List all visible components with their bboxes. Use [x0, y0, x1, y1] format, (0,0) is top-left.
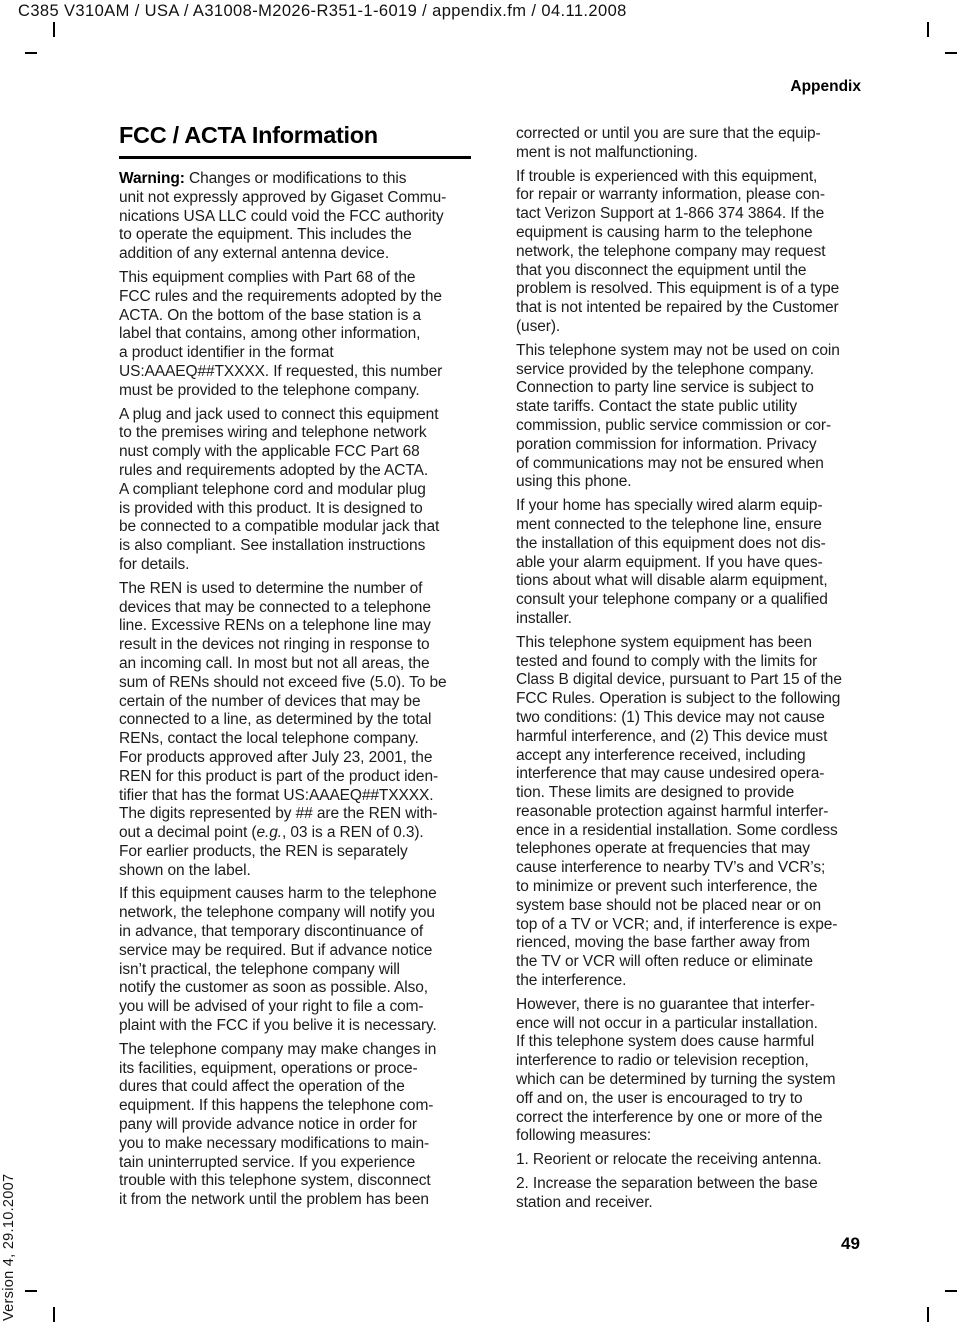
text-line: the installation of this equipment does …: [516, 535, 864, 554]
text-line: The telephone company may make changes i…: [119, 1041, 471, 1060]
paragraph: A plug and jack used to connect this equ…: [119, 406, 471, 575]
text-line: tested and found to comply with the limi…: [516, 653, 864, 672]
text-line: If trouble is experienced with this equi…: [516, 168, 864, 187]
text-line: This telephone system equipment has been: [516, 634, 864, 653]
text-line: for details.: [119, 556, 471, 575]
text-line: Class B digital device, pursuant to Part…: [516, 671, 864, 690]
version-note: Version 4, 29.10.2007: [1, 1174, 17, 1321]
text-line: tact Verizon Support at 1-866 374 3864. …: [516, 205, 864, 224]
text-line: nications USA LLC could void the FCC aut…: [119, 208, 471, 227]
text-line: (user).: [516, 318, 864, 337]
text-line: telephones operate at frequencies that m…: [516, 840, 864, 859]
text-line: shown on the label.: [119, 862, 471, 881]
crop-mark-top-left-vertical: [53, 22, 55, 37]
crop-mark-bottom-left-horizontal: [25, 1290, 37, 1292]
text-line: system base should not be placed near or…: [516, 897, 864, 916]
running-header-appendix: Appendix: [516, 78, 861, 96]
text-line: be connected to a compatible modular jac…: [119, 518, 471, 537]
paragraph: 1. Reorient or relocate the receiving an…: [516, 1151, 864, 1170]
text-line: connected to a line, as determined by th…: [119, 711, 471, 730]
text-line: following measures:: [516, 1127, 864, 1146]
page-title: FCC / ACTA Information: [119, 122, 471, 149]
crop-mark-top-right-vertical: [927, 22, 929, 37]
text-line: reasonable protection against harmful in…: [516, 803, 864, 822]
text-line: able your alarm equipment. If you have q…: [516, 554, 864, 573]
text-line: FCC rules and the requirements adopted b…: [119, 288, 471, 307]
left-column-text: Warning: Changes or modifications to thi…: [119, 170, 471, 1210]
text-line: For earlier products, the REN is separat…: [119, 843, 471, 862]
text-line: in advance, that temporary discontinuanc…: [119, 923, 471, 942]
paragraph: If this equipment causes harm to the tel…: [119, 885, 471, 1035]
text-line: equipment. If this happens the telephone…: [119, 1097, 471, 1116]
text-line: rienced, moving the base farther away fr…: [516, 934, 864, 953]
text-line: Warning: Changes or modifications to thi…: [119, 170, 471, 189]
text-line: tions about what will disable alarm equi…: [516, 572, 864, 591]
text-line: This equipment complies with Part 68 of …: [119, 269, 471, 288]
text-line: state tariffs. Contact the state public …: [516, 398, 864, 417]
text-line: RENs, contact the local telephone compan…: [119, 730, 471, 749]
text-line: sum of RENs should not exceed five (5.0)…: [119, 674, 471, 693]
text-line: rules and requirements adopted by the AC…: [119, 462, 471, 481]
text-line: ence in a residential installation. Some…: [516, 822, 864, 841]
text-line: tain uninterrupted service. If you exper…: [119, 1154, 471, 1173]
text-line: ment connected to the telephone line, en…: [516, 516, 864, 535]
text-line: This telephone system may not be used on…: [516, 342, 864, 361]
text-line: you to make necessary modifications to m…: [119, 1135, 471, 1154]
text-line: notify the customer as soon as possible.…: [119, 979, 471, 998]
paragraph: This telephone system may not be used on…: [516, 342, 864, 492]
right-column-text: corrected or until you are sure that the…: [516, 125, 864, 1213]
left-column: FCC / ACTA Information Warning: Changes …: [119, 122, 471, 1210]
text-line: pany will provide advance notice in orde…: [119, 1116, 471, 1135]
text-line: FCC Rules. Operation is subject to the f…: [516, 690, 864, 709]
text-line: The REN is used to determine the number …: [119, 580, 471, 599]
text-line: result in the devices not ringing in res…: [119, 636, 471, 655]
text-line: interference that may cause undesired op…: [516, 765, 864, 784]
text-line: A compliant telephone cord and modular p…: [119, 481, 471, 500]
paragraph: This telephone system equipment has been…: [516, 634, 864, 991]
paragraph: If trouble is experienced with this equi…: [516, 168, 864, 337]
text-line: addition of any external antenna device.: [119, 245, 471, 264]
text-line: two conditions: (1) This device may not …: [516, 709, 864, 728]
text-line: If this equipment causes harm to the tel…: [119, 885, 471, 904]
text-line: plaint with the FCC if you belive it is …: [119, 1017, 471, 1036]
text-line: is provided with this product. It is des…: [119, 500, 471, 519]
text-line: commission, public service commission or…: [516, 417, 864, 436]
text-line: must be provided to the telephone compan…: [119, 382, 471, 401]
text-line: off and on, the user is encouraged to tr…: [516, 1090, 864, 1109]
text-line: to operate the equipment. This includes …: [119, 226, 471, 245]
paragraph: Warning: Changes or modifications to thi…: [119, 170, 471, 264]
text-line: tion. These limits are designed to provi…: [516, 784, 864, 803]
text-line: tifier that has the format US:AAAEQ##TXX…: [119, 787, 471, 806]
text-line: poration commission for information. Pri…: [516, 436, 864, 455]
text-line: For products approved after July 23, 200…: [119, 749, 471, 768]
text-line: that is not intented be repaired by the …: [516, 299, 864, 318]
text-line: which can be determined by turning the s…: [516, 1071, 864, 1090]
crop-mark-top-left-horizontal: [25, 52, 37, 54]
text-line: dures that could affect the operation of…: [119, 1078, 471, 1097]
text-line: certain of the number of devices that ma…: [119, 693, 471, 712]
text-line: ACTA. On the bottom of the base station …: [119, 307, 471, 326]
paragraph: corrected or until you are sure that the…: [516, 125, 864, 163]
text-line: Connection to party line service is subj…: [516, 379, 864, 398]
text-line: harmful interference, and (2) This devic…: [516, 728, 864, 747]
text-line: unit not expressly approved by Gigaset C…: [119, 189, 471, 208]
text-line: for repair or warranty information, plea…: [516, 186, 864, 205]
text-line: a product identifier in the format: [119, 344, 471, 363]
text-line: cause interference to nearby TV’s and VC…: [516, 859, 864, 878]
text-line: trouble with this telephone system, disc…: [119, 1172, 471, 1191]
text-line: accept any interference received, includ…: [516, 747, 864, 766]
text-line: you will be advised of your right to fil…: [119, 998, 471, 1017]
crop-mark-bottom-right-vertical: [927, 1307, 929, 1322]
paragraph: If your home has specially wired alarm e…: [516, 497, 864, 629]
crop-mark-bottom-right-horizontal: [945, 1290, 957, 1292]
text-line: consult your telephone company or a qual…: [516, 591, 864, 610]
text-line: it from the network until the problem ha…: [119, 1191, 471, 1210]
text-line: isn’t practical, the telephone company w…: [119, 961, 471, 980]
text-line: top of a TV or VCR; and, if interference…: [516, 916, 864, 935]
text-line: to minimize or prevent such interference…: [516, 878, 864, 897]
text-line: If this telephone system does cause harm…: [516, 1033, 864, 1052]
title-rule: [119, 156, 471, 159]
text-line: installer.: [516, 610, 864, 629]
text-line: is also compliant. See installation inst…: [119, 537, 471, 556]
text-line: A plug and jack used to connect this equ…: [119, 406, 471, 425]
text-line: line. Excessive RENs on a telephone line…: [119, 617, 471, 636]
paragraph: This equipment complies with Part 68 of …: [119, 269, 471, 401]
paragraph: The REN is used to determine the number …: [119, 580, 471, 881]
text-line: ence will not occur in a particular inst…: [516, 1015, 864, 1034]
text-line: to the premises wiring and telephone net…: [119, 424, 471, 443]
text-line: service may be required. But if advance …: [119, 942, 471, 961]
paragraph: 2. Increase the separation between the b…: [516, 1175, 864, 1213]
text-line: correct the interference by one or more …: [516, 1109, 864, 1128]
text-line: network, the telephone company will noti…: [119, 904, 471, 923]
file-info-header: C385 V310AM / USA / A31008-M2026-R351-1-…: [18, 2, 627, 21]
text-line: using this phone.: [516, 473, 864, 492]
text-line: US:AAAEQ##TXXXX. If requested, this numb…: [119, 363, 471, 382]
text-line: label that contains, among other informa…: [119, 325, 471, 344]
text-line: The digits represented by ## are the REN…: [119, 805, 471, 824]
text-line: If your home has specially wired alarm e…: [516, 497, 864, 516]
paragraph: However, there is no guarantee that inte…: [516, 996, 864, 1146]
text-line: out a decimal point (e.g., 03 is a REN o…: [119, 824, 471, 843]
text-line: However, there is no guarantee that inte…: [516, 996, 864, 1015]
text-line: ment is not malfunctioning.: [516, 144, 864, 163]
text-line: equipment is causing harm to the telepho…: [516, 224, 864, 243]
text-line: that you disconnect the equipment until …: [516, 262, 864, 281]
text-line: interference to radio or television rece…: [516, 1052, 864, 1071]
text-line: REN for this product is part of the prod…: [119, 768, 471, 787]
text-line: the interference.: [516, 972, 864, 991]
text-line: 1. Reorient or relocate the receiving an…: [516, 1151, 864, 1170]
crop-mark-bottom-left-vertical: [53, 1307, 55, 1322]
text-line: devices that may be connected to a telep…: [119, 599, 471, 618]
crop-mark-top-right-horizontal: [945, 52, 957, 54]
text-line: problem is resolved. This equipment is o…: [516, 280, 864, 299]
text-line: nust comply with the applicable FCC Part…: [119, 443, 471, 462]
text-line: 2. Increase the separation between the b…: [516, 1175, 864, 1194]
paragraph: The telephone company may make changes i…: [119, 1041, 471, 1210]
text-line: its facilities, equipment, operations or…: [119, 1060, 471, 1079]
text-line: of communications may not be ensured whe…: [516, 455, 864, 474]
text-line: the TV or VCR will often reduce or elimi…: [516, 953, 864, 972]
text-line: an incoming call. In most but not all ar…: [119, 655, 471, 674]
text-line: station and receiver.: [516, 1194, 864, 1213]
text-line: corrected or until you are sure that the…: [516, 125, 864, 144]
text-line: network, the telephone company may reque…: [516, 243, 864, 262]
page-number: 49: [841, 1234, 860, 1254]
text-line: service provided by the telephone compan…: [516, 361, 864, 380]
